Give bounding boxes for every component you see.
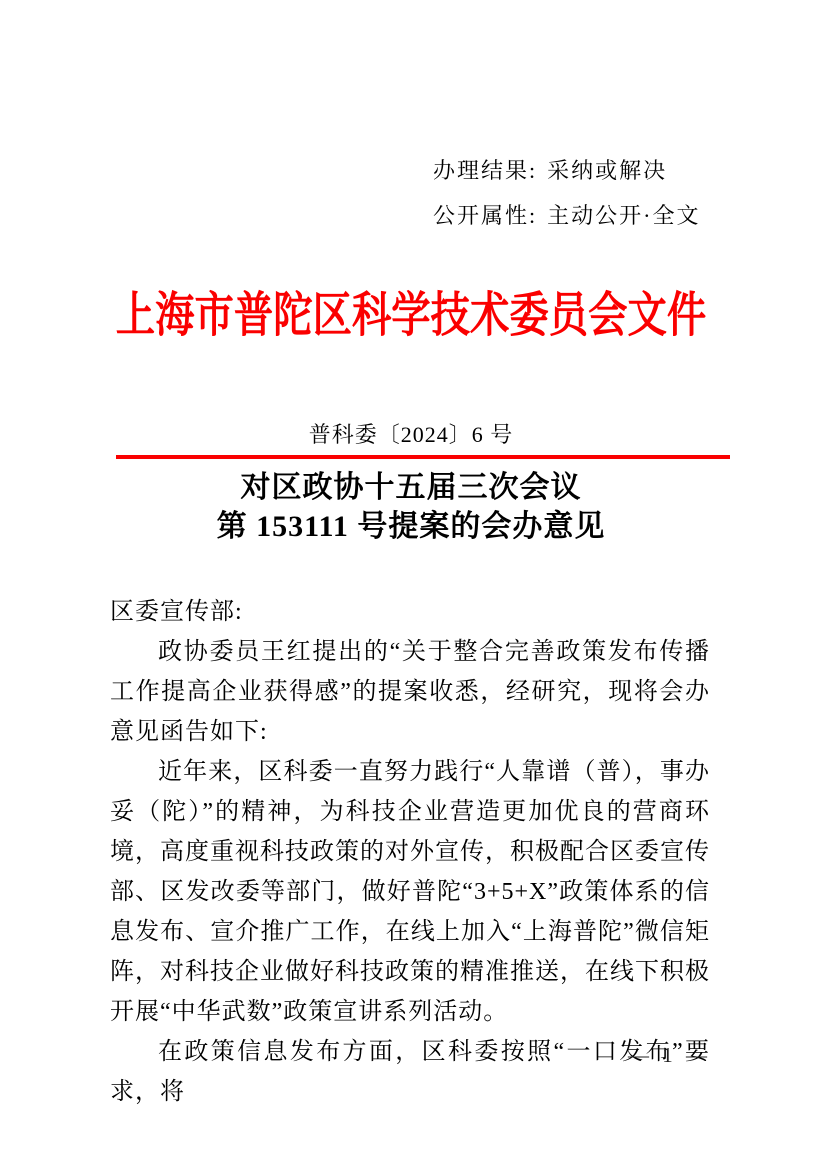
meta-result-label: 办理结果: <box>433 158 537 183</box>
paragraph: 政协委员王红提出的“关于整合完善政策发布传播工作提高企业获得感”的提案收悉，经研… <box>110 632 710 752</box>
page-number: — 1 — <box>628 1043 711 1068</box>
red-separator-line <box>116 455 730 459</box>
meta-publicity-label: 公开属性: <box>433 203 537 228</box>
doc-number: 普科委〔2024〕6 号 <box>0 418 822 449</box>
meta-result-value: 采纳或解决 <box>547 158 667 183</box>
doc-title-line2: 第 153111 号提案的会办意见 <box>0 507 822 546</box>
meta-result-line: 办理结果:采纳或解决 <box>433 148 700 193</box>
salutation: 区委宣传部: <box>110 592 710 632</box>
meta-publicity-line: 公开属性:主动公开·全文 <box>433 193 700 238</box>
doc-title-line1: 对区政协十五届三次会议 <box>0 468 822 507</box>
org-header-title: 上海市普陀区科学技术委员会文件 <box>74 276 748 345</box>
doc-title: 对区政协十五届三次会议 第 153111 号提案的会办意见 <box>0 468 822 546</box>
document-page: 办理结果:采纳或解决 公开属性:主动公开·全文 上海市普陀区科学技术委员会文件 … <box>0 0 822 1169</box>
meta-block: 办理结果:采纳或解决 公开属性:主动公开·全文 <box>433 148 700 238</box>
meta-publicity-value: 主动公开·全文 <box>547 203 700 228</box>
document-body: 区委宣传部: 政协委员王红提出的“关于整合完善政策发布传播工作提高企业获得感”的… <box>110 592 710 1112</box>
paragraph: 在政策信息发布方面，区科委按照“一口发布”要求，将 <box>110 1032 710 1112</box>
paragraph: 近年来，区科委一直努力践行“人靠谱（普），事办妥（陀）”的精神，为科技企业营造更… <box>110 752 710 1032</box>
